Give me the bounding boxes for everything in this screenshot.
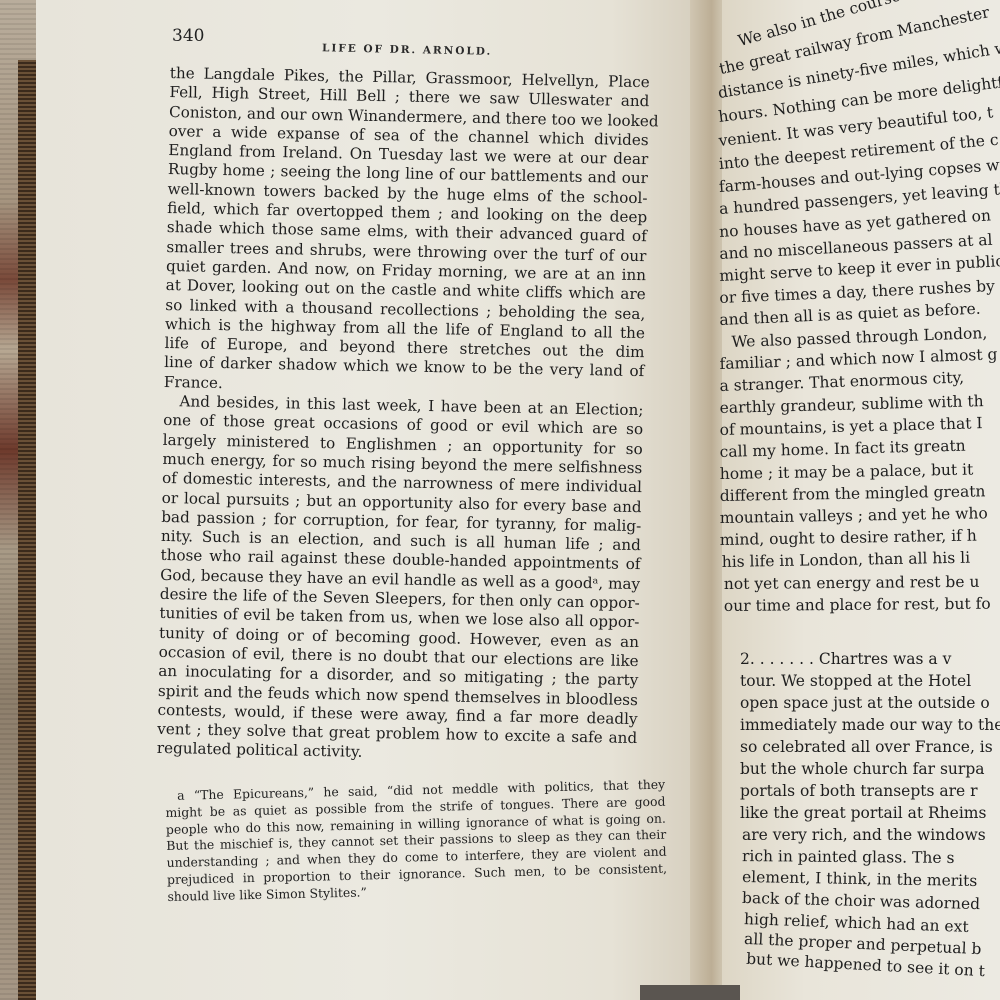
text-line: but the whole church far surpa [740,758,984,782]
text-line: open space just at the outside o [740,692,990,716]
footnote: a “The Epicureans,” he said, “did not me… [165,777,668,906]
text-line: immediately made our way to the [740,714,1000,738]
text-line: our time and place for rest, but fo [724,593,991,619]
section-start-line: 2. . . . . . . Chartres was a v [740,648,951,672]
text-line: portals of both transepts are r [740,780,978,804]
text-line: tour. We stopped at the Hotel [740,670,971,694]
left-page-body: the Langdale Pikes, the Pillar, Grassmoo… [157,64,650,768]
page-bottom-shadow [640,985,740,1000]
text-line: like the great portail at Rheims [740,802,986,826]
text-line: are very rich, and the windows [742,824,986,848]
page-number: 340 [172,26,204,46]
text-line: so celebrated all over France, is [740,736,993,760]
